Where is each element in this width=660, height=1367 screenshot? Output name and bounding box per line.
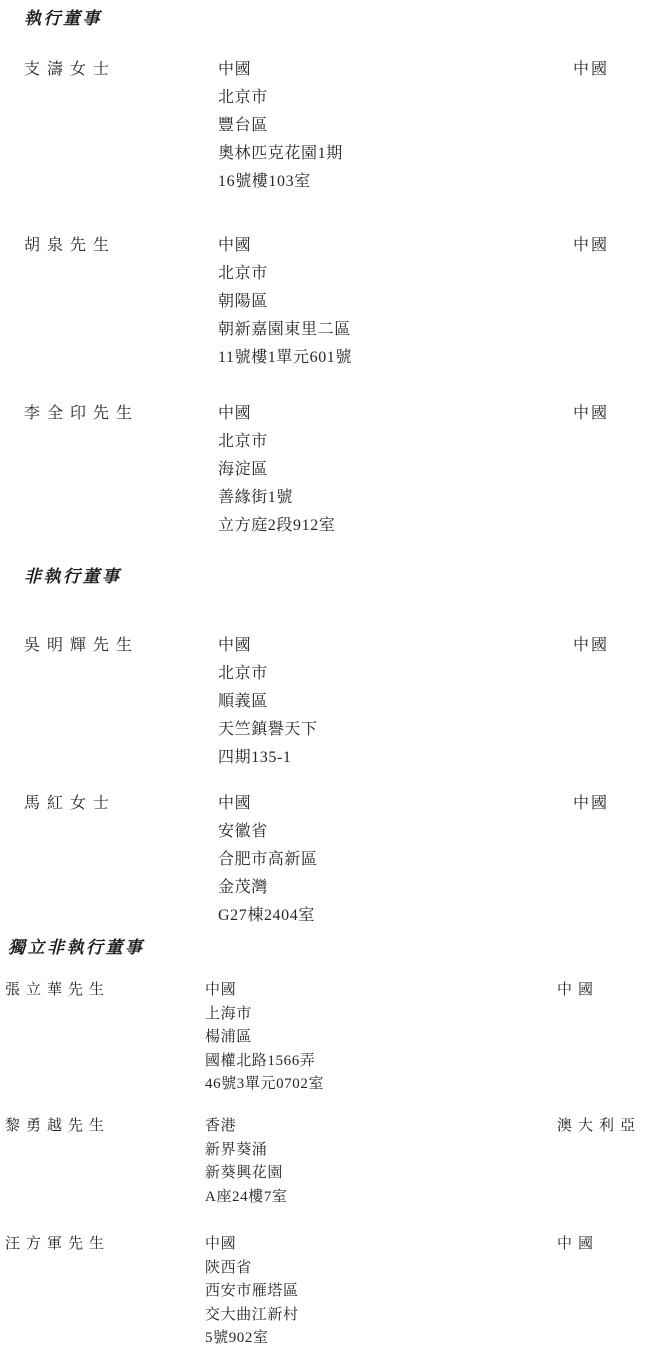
director-name: 張立華先生 bbox=[5, 979, 205, 1097]
director-name: 馬紅女士 bbox=[24, 790, 218, 930]
address-line: 合肥市高新區 bbox=[218, 846, 573, 874]
director-name: 胡泉先生 bbox=[24, 232, 218, 372]
director-name: 黎勇越先生 bbox=[5, 1115, 205, 1209]
address-line: 新界葵涌 bbox=[205, 1139, 557, 1163]
director-name: 吳明輝先生 bbox=[24, 632, 218, 772]
address-line: G27棟2404室 bbox=[218, 902, 573, 930]
director-address: 香港 新界葵涌 新葵興花園 A座24樓7室 bbox=[205, 1115, 557, 1209]
address-line: 中國 bbox=[218, 632, 573, 660]
director-nationality: 中國 bbox=[557, 979, 660, 1097]
director-row: 黎勇越先生 香港 新界葵涌 新葵興花園 A座24樓7室 澳大利亞 bbox=[0, 1115, 660, 1209]
address-line: 中國 bbox=[218, 790, 573, 818]
address-line: 善緣街1號 bbox=[218, 484, 573, 512]
address-line: 46號3單元0702室 bbox=[205, 1073, 557, 1097]
address-line: 西安市雁塔區 bbox=[205, 1280, 557, 1304]
director-name: 李全印先生 bbox=[24, 400, 218, 540]
section-title-independent-non-executive-directors: 獨立非執行董事 bbox=[8, 937, 145, 959]
address-line: 國權北路1566弄 bbox=[205, 1050, 557, 1074]
address-line: 海淀區 bbox=[218, 456, 573, 484]
address-line: 安徽省 bbox=[218, 818, 573, 846]
section-title-executive-directors: 執行董事 bbox=[24, 8, 102, 30]
director-nationality: 中國 bbox=[557, 1233, 660, 1351]
address-line: 金茂灣 bbox=[218, 874, 573, 902]
director-row: 張立華先生 中國 上海市 楊浦區 國權北路1566弄 46號3單元0702室 中… bbox=[0, 979, 660, 1097]
address-line: 北京市 bbox=[218, 84, 573, 112]
address-line: 中國 bbox=[205, 1233, 557, 1257]
address-line: 四期135-1 bbox=[218, 744, 573, 772]
director-address: 中國 陝西省 西安市雁塔區 交大曲江新村 5號902室 bbox=[205, 1233, 557, 1351]
director-nationality: 中國 bbox=[573, 232, 660, 372]
address-line: 奧林匹克花園1期 bbox=[218, 140, 573, 168]
address-line: 5號902室 bbox=[205, 1327, 557, 1351]
director-address: 中國 北京市 朝陽區 朝新嘉園東里二區 11號樓1單元601號 bbox=[218, 232, 573, 372]
address-line: A座24樓7室 bbox=[205, 1186, 557, 1210]
address-line: 中國 bbox=[218, 56, 573, 84]
director-nationality: 中國 bbox=[573, 400, 660, 540]
address-line: 交大曲江新村 bbox=[205, 1304, 557, 1328]
address-line: 北京市 bbox=[218, 428, 573, 456]
director-row: 支濤女士 中國 北京市 豐台區 奧林匹克花園1期 16號樓103室 中國 bbox=[0, 56, 660, 196]
address-line: 16號樓103室 bbox=[218, 168, 573, 196]
address-line: 天竺鎮譽天下 bbox=[218, 716, 573, 744]
director-row: 胡泉先生 中國 北京市 朝陽區 朝新嘉園東里二區 11號樓1單元601號 中國 bbox=[0, 232, 660, 372]
director-address: 中國 上海市 楊浦區 國權北路1566弄 46號3單元0702室 bbox=[205, 979, 557, 1097]
director-row: 吳明輝先生 中國 北京市 順義區 天竺鎮譽天下 四期135-1 中國 bbox=[0, 632, 660, 772]
address-line: 順義區 bbox=[218, 688, 573, 716]
address-line: 楊浦區 bbox=[205, 1026, 557, 1050]
address-line: 上海市 bbox=[205, 1003, 557, 1027]
address-line: 中國 bbox=[218, 232, 573, 260]
address-line: 朝陽區 bbox=[218, 288, 573, 316]
director-address: 中國 安徽省 合肥市高新區 金茂灣 G27棟2404室 bbox=[218, 790, 573, 930]
director-nationality: 澳大利亞 bbox=[557, 1115, 660, 1209]
address-line: 朝新嘉園東里二區 bbox=[218, 316, 573, 344]
address-line: 立方庭2段912室 bbox=[218, 512, 573, 540]
address-line: 11號樓1單元601號 bbox=[218, 344, 573, 372]
address-line: 新葵興花園 bbox=[205, 1162, 557, 1186]
director-row: 汪方軍先生 中國 陝西省 西安市雁塔區 交大曲江新村 5號902室 中國 bbox=[0, 1233, 660, 1351]
director-row: 李全印先生 中國 北京市 海淀區 善緣街1號 立方庭2段912室 中國 bbox=[0, 400, 660, 540]
document-page: 執行董事 支濤女士 中國 北京市 豐台區 奧林匹克花園1期 16號樓103室 中… bbox=[0, 0, 660, 1367]
address-line: 中國 bbox=[205, 979, 557, 1003]
address-line: 中國 bbox=[218, 400, 573, 428]
address-line: 北京市 bbox=[218, 260, 573, 288]
director-address: 中國 北京市 豐台區 奧林匹克花園1期 16號樓103室 bbox=[218, 56, 573, 196]
director-nationality: 中國 bbox=[573, 790, 660, 930]
director-nationality: 中國 bbox=[573, 56, 660, 196]
director-name: 汪方軍先生 bbox=[5, 1233, 205, 1351]
section-title-non-executive-directors: 非執行董事 bbox=[24, 566, 122, 588]
director-address: 中國 北京市 順義區 天竺鎮譽天下 四期135-1 bbox=[218, 632, 573, 772]
address-line: 香港 bbox=[205, 1115, 557, 1139]
address-line: 豐台區 bbox=[218, 112, 573, 140]
director-nationality: 中國 bbox=[573, 632, 660, 772]
address-line: 北京市 bbox=[218, 660, 573, 688]
address-line: 陝西省 bbox=[205, 1257, 557, 1281]
director-row: 馬紅女士 中國 安徽省 合肥市高新區 金茂灣 G27棟2404室 中國 bbox=[0, 790, 660, 930]
director-address: 中國 北京市 海淀區 善緣街1號 立方庭2段912室 bbox=[218, 400, 573, 540]
director-name: 支濤女士 bbox=[24, 56, 218, 196]
